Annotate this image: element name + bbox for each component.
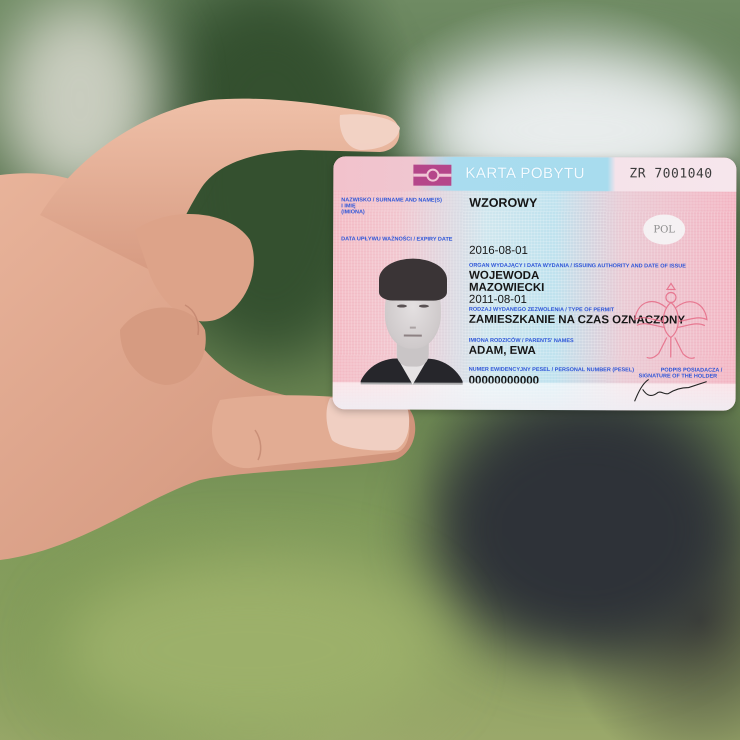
polish-eagle-emblem-icon [631, 275, 711, 365]
eu-card-logo-icon [413, 165, 451, 186]
parents-label: IMIONA RODZICÓW / PARENTS' NAMES [469, 338, 574, 344]
issue-date-value: 2011-08-01 [469, 294, 527, 306]
parents-value: ADAM, EWA [469, 345, 536, 357]
authority-label: ORGAN WYDAJĄCY I DATA WYDANIA / ISSUING … [469, 263, 686, 270]
authority-value-1: WOJEWODA [469, 270, 539, 282]
permit-type-label: RODZAJ WYDANEGO ZEZWOLENIA / TYPE OF PER… [469, 307, 614, 314]
name-label-2: (IMIONA) [341, 209, 365, 215]
country-mark: POL [643, 214, 685, 244]
surname-value: WZOROWY [469, 197, 537, 209]
surname-label: NAZWISKO / SURNAME AND NAME(S) [341, 197, 442, 203]
expiry-label: DATA UPŁYWU WAŻNOŚCI / EXPIRY DATE [341, 236, 452, 242]
card-title: KARTA POBYTU [465, 165, 585, 182]
residence-card: KARTA POBYTU ZR 7001040 NAZWISKO / SURNA… [333, 156, 737, 410]
expiry-value: 2016-08-01 [469, 245, 528, 257]
holder-signature [629, 375, 709, 405]
card-number: ZR 7001040 [629, 166, 712, 181]
holder-photo [361, 250, 463, 384]
pesel-label: NUMER EWIDENCYJNY PESEL / PERSONAL NUMBE… [469, 367, 634, 374]
authority-value-2: MAZOWIECKI [469, 282, 544, 294]
